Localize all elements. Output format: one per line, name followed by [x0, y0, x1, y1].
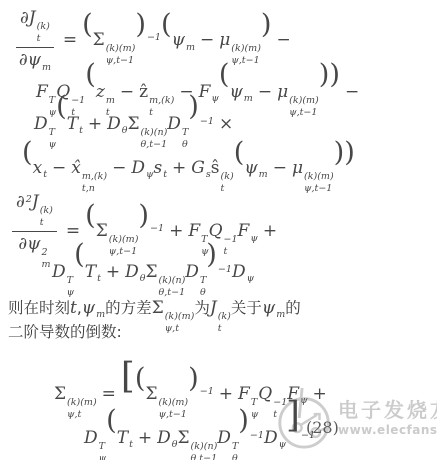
math-atom: 的方差 [105, 298, 152, 319]
math-atom: ( [74, 252, 85, 286]
equation-1-line-1: ∂J(k)t∂ψm=(Σ(k)(m)ψ,t−1)−1(ψm−μ(k)(m)ψ,t… [16, 8, 296, 74]
watermark-brand: 电子发烧友 [338, 399, 437, 421]
math-atom: −1 [146, 30, 161, 51]
math-atom: DTθ [217, 428, 238, 460]
math-atom: −1 [199, 114, 214, 135]
math-atom: )) [319, 72, 340, 106]
math-atom: Dθ [125, 262, 145, 285]
math-atom: ) [138, 211, 149, 245]
math-atom: Dψ [264, 428, 286, 451]
math-atom: Σ(k)(n)θ,t−1 [178, 428, 218, 460]
math-atom: ) [135, 20, 146, 54]
math-atom: μ(k)(m)ψ,t−1 [292, 158, 334, 195]
math-atom: μ(k)(m)ψ,t−1 [277, 82, 319, 119]
math-atom: Σ(k)(n)θ,t−1 [146, 262, 186, 299]
math-atom: Dθ [157, 428, 177, 451]
math-atom: J(k)t [32, 192, 53, 229]
math-atom: ) [188, 104, 199, 138]
math-atom: 的 [285, 298, 301, 319]
math-atom: − [200, 30, 214, 51]
math-atom: ( [22, 148, 33, 182]
math-atom: Dθ [107, 114, 127, 137]
math-atom: ψm [244, 158, 267, 181]
math-atom: 关于 [231, 298, 262, 319]
math-atom: + [169, 221, 183, 242]
math-atom: ( [161, 20, 172, 54]
math-atom: Σ(k)(m)ψ,t [152, 298, 195, 335]
equation-number: (28) [306, 418, 339, 437]
math-atom: −1 [199, 384, 214, 405]
math-atom: − [273, 158, 287, 179]
math-atom: DTψ [84, 428, 106, 460]
math-atom: + [106, 262, 120, 283]
math-atom: ) [188, 374, 199, 408]
math-atom: Gs [191, 158, 210, 181]
math-atom: ( [82, 20, 93, 54]
math-atom: x̂m,(k)t,n [71, 158, 107, 195]
math-atom: ( [219, 72, 230, 106]
math-atom: −1 [149, 221, 164, 242]
math-atom: ŝ(k)t [211, 158, 234, 195]
math-atom: 为 [194, 298, 210, 319]
math-atom: ∂ψ2m [18, 234, 50, 271]
math-atom: st [153, 158, 167, 181]
math-atom: −1 [249, 428, 264, 449]
math-fraction: ∂2J(k)t∂ψ2m [12, 192, 57, 272]
paragraph-line-2: 二阶导数的倒数: [8, 322, 122, 343]
math-atom: DTθ [185, 262, 206, 299]
math-atom: 则在时刻 [8, 298, 70, 319]
math-atom: Tt [85, 262, 101, 285]
math-atom: ψm [262, 298, 285, 321]
watermark-url: www.elecfans.com [338, 423, 437, 437]
math-atom: xt [33, 158, 47, 181]
math-atom: )) [334, 148, 355, 182]
math-atom: ψm [229, 82, 252, 105]
math-atom: ∂ψm [19, 50, 51, 73]
equation-2-line-2: DTψ(Tt+DθΣ(k)(n)θ,t−1DTθ)−1Dψ [52, 252, 254, 299]
math-atom: ] [286, 410, 300, 455]
math-atom: ( [106, 418, 117, 452]
math-atom: DTψ [34, 114, 56, 151]
math-atom: − [345, 82, 359, 103]
math-atom: Fψ [199, 82, 219, 105]
math-atom: t [70, 298, 77, 319]
watermark-text: 电子发烧友 www.elecfans.com [338, 399, 437, 437]
math-atom: − [120, 82, 134, 103]
math-atom: Σ(k)(m)ψ,t−1 [93, 30, 136, 67]
math-atom: + [88, 114, 102, 135]
math-atom: ( [234, 148, 245, 182]
equation-1-line-4: (xt−x̂m,(k)t,n−Dψst+Gsŝ(k)t(ψm−μ(k)(m)ψ,… [22, 148, 355, 195]
equation-1-line-3: DTψ(Tt+DθΣ(k)(n)θ,t−1DTθ)−1× [34, 104, 238, 151]
math-atom: − [112, 158, 126, 179]
document-page: 电子发烧友 www.elecfans.com ∂J(k)t∂ψm=(Σ(k)(m… [0, 0, 437, 460]
math-atom: Tt [67, 114, 83, 137]
math-fraction: ∂J(k)t∂ψm [16, 8, 54, 74]
math-atom: ( [56, 104, 67, 138]
math-atom: + [313, 384, 327, 405]
math-atom: = [102, 384, 116, 405]
math-atom: ( [135, 374, 146, 408]
math-atom: ) [261, 20, 272, 54]
math-atom: J(k)t [210, 298, 231, 335]
math-atom: DTψ [52, 262, 74, 299]
math-atom: ) [238, 418, 249, 452]
math-atom: Tt [117, 428, 133, 451]
math-atom: + [138, 428, 152, 449]
math-atom: ∂J(k)t [20, 8, 50, 45]
math-atom: Fψ [238, 221, 258, 244]
math-atom: DTθ [167, 114, 188, 151]
math-atom: Dψ [131, 158, 153, 181]
math-atom: + [263, 221, 277, 242]
math-atom: ψm [172, 30, 195, 53]
math-atom: [ [121, 366, 135, 411]
math-atom: + [172, 158, 186, 179]
math-atom: ( [85, 72, 96, 106]
math-atom: − [277, 30, 291, 51]
math-atom: ∂2 [16, 192, 32, 213]
math-atom: ) [206, 252, 217, 286]
math-atom: Dψ [232, 262, 254, 285]
math-atom: × [219, 114, 233, 135]
math-atom: = [63, 30, 77, 51]
math-atom: − [258, 82, 272, 103]
math-atom: −1 [217, 262, 232, 283]
math-atom: Σ(k)(n)θ,t−1 [128, 114, 168, 151]
math-atom: ψm [82, 298, 105, 321]
math-atom: + [219, 384, 233, 405]
equation-3-line-2: DTψ(Tt+DθΣ(k)(n)θ,t−1DTθ)−1Dψ]−1 [84, 410, 315, 460]
math-atom: ( [85, 211, 96, 245]
math-atom: − [52, 158, 66, 179]
math-atom: 二阶导数的倒数: [8, 322, 122, 343]
